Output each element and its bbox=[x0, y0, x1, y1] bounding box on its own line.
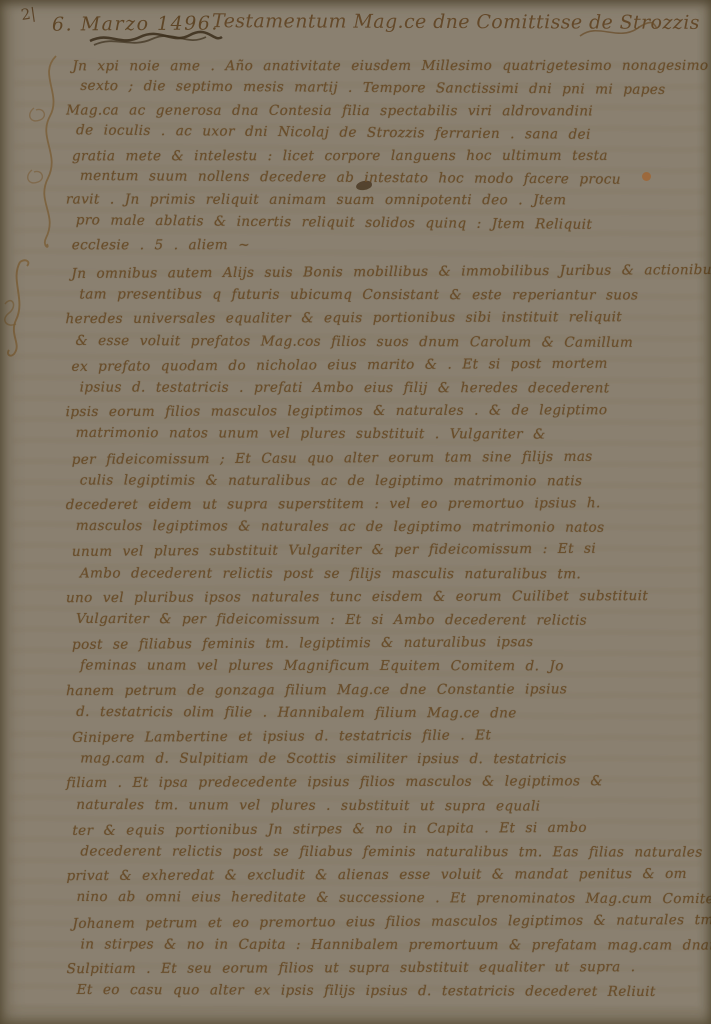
manuscript-line: ipsis eorum filios masculos legiptimos &… bbox=[66, 399, 702, 424]
manuscript-line: pro male ablatis & incertis reliquit sol… bbox=[76, 209, 702, 237]
heading-title: Testamentum Mag.ce dne Comittisse de Str… bbox=[212, 10, 700, 34]
manuscript-page: 2| 6. Marzo 1496. Testamentum Mag.ce dne… bbox=[0, 0, 711, 1024]
manuscript-line: feminas unam vel plures Magnificum Equit… bbox=[80, 655, 702, 679]
manuscript-line: in stirpes & no in Capita : Hannibalem p… bbox=[81, 933, 703, 957]
manuscript-line: ecclesie . 5 . aliem ~ bbox=[72, 234, 702, 257]
manuscript-line: Jn xpi noie ame . Año anativitate eiusde… bbox=[72, 55, 702, 78]
manuscript-line: naturales tm. unum vel plures . substitu… bbox=[76, 794, 702, 819]
manuscript-line: decederent relictis post se filiabus fem… bbox=[80, 841, 702, 865]
manuscript-line: d. testatricis olim filie . Hannibalem f… bbox=[76, 701, 702, 726]
manuscript-line: tam presentibus q futuris ubicumq Consis… bbox=[79, 284, 701, 308]
manuscript-line: sexto ; die septimo mesis martij . Tempo… bbox=[80, 75, 702, 102]
manuscript-line: Ginipere Lambertine et ipsius d. testatr… bbox=[72, 723, 702, 750]
manuscript-line: mag.cam d. Sulpitiam de Scottis similite… bbox=[80, 748, 702, 772]
paragraph-invocation: Jn xpi noie ame . Año anativitate eiusde… bbox=[62, 54, 703, 258]
manuscript-line: matrimonio natos unum vel plures substit… bbox=[76, 422, 702, 447]
manuscript-line: uno vel pluribus ipsos naturales tunc ei… bbox=[66, 585, 702, 610]
manuscript-line: de ioculis . ac uxor dni Nicolaj de Stro… bbox=[76, 120, 702, 148]
manuscript-line: ravit . Jn primis reliquit animam suam o… bbox=[66, 189, 702, 213]
manuscript-line: per fideicomissum ; Et Casu quo alter eo… bbox=[72, 445, 702, 472]
manuscript-line: post se filiabus feminis tm. legiptimis … bbox=[72, 630, 702, 657]
manuscript-line: nino ab omni eius hereditate & successio… bbox=[76, 886, 702, 911]
manuscript-line: gratia mete & intelestu : licet corpore … bbox=[72, 144, 702, 167]
manuscript-line: Johanem petrum et eo premortuo eius fili… bbox=[72, 909, 702, 936]
manuscript-line: & esse voluit prefatos Mag.cos filios su… bbox=[75, 330, 701, 355]
manuscript-line: mentum suum nollens decedere ab intestat… bbox=[80, 165, 702, 192]
manuscript-line: ipsius d. testatricis . prefati Ambo eiu… bbox=[80, 376, 702, 400]
manuscript-line: Sulpitiam . Et seu eorum filios ut supra… bbox=[67, 956, 703, 981]
paragraph-initial-flourish-icon bbox=[0, 256, 34, 361]
manuscript-line: ter & equis portionibus Jn stirpes & no … bbox=[72, 816, 702, 843]
folio-number: 2| bbox=[20, 4, 37, 24]
manuscript-line: ex prefato quodam do nicholao eius marit… bbox=[71, 352, 701, 379]
manuscript-line: culis legiptimis & naturalibus ac de leg… bbox=[80, 469, 702, 493]
manuscript-line: unum vel plures substituit Vulgariter & … bbox=[72, 538, 702, 565]
manuscript-line: Vulgariter & per fideicomissum : Et si A… bbox=[76, 608, 702, 633]
paragraph-heirs: Jn omnibus autem Alijs suis Bonis mobill… bbox=[61, 260, 702, 1004]
manuscript-line: privat & exheredat & excludit & alienas … bbox=[66, 863, 702, 888]
manuscript-line: Jn omnibus autem Alijs suis Bonis mobill… bbox=[71, 259, 701, 286]
manuscript-line: hanem petrum de gonzaga filium Mag.ce dn… bbox=[66, 678, 702, 703]
manuscript-line: Et eo casu quo alter ex ipsis filijs ips… bbox=[77, 979, 703, 1004]
heading-date: 6. Marzo 1496. bbox=[52, 12, 219, 35]
manuscript-line: filiam . Et ipsa predecedente ipsius fil… bbox=[66, 770, 702, 795]
manuscript-line: heredes universales equaliter & equis po… bbox=[65, 306, 701, 331]
manuscript-line: decederet eidem ut supra superstitem : v… bbox=[66, 492, 702, 517]
manuscript-line: Ambo decederent relictis post se filijs … bbox=[80, 562, 702, 586]
